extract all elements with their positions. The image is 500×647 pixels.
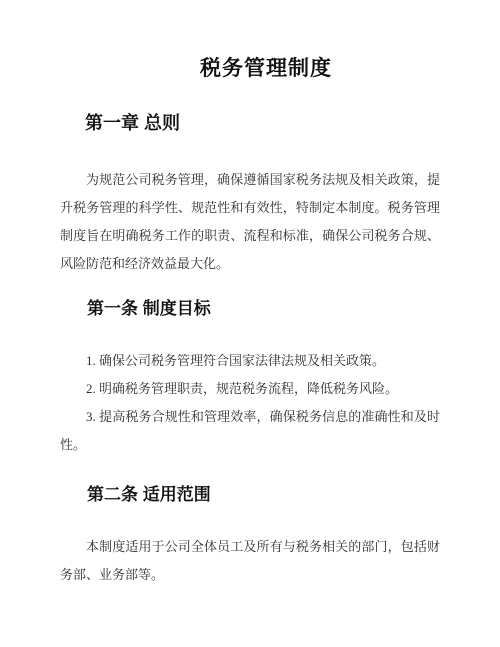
article-2-body-paragraph: 本制度适用于公司全体员工及所有与税务相关的部门，包括财务部、业务部等。 <box>60 533 440 589</box>
chapter-1-heading: 第一章 总则 <box>85 113 440 133</box>
document-title: 税务管理制度 <box>60 57 440 81</box>
document-page: 税务管理制度 第一章 总则 为规范公司税务管理，确保遵循国家税务法规及相关政策，… <box>0 0 500 647</box>
article-1-heading: 第一条 制度目标 <box>87 299 440 319</box>
list-item-1: 1. 确保公司税务管理符合国家法律法规及相关政策。 <box>60 347 440 375</box>
chapter-1-intro-paragraph: 为规范公司税务管理，确保遵循国家税务法规及相关政策，提升税务管理的科学性、规范性… <box>60 166 440 278</box>
article-1-list: 1. 确保公司税务管理符合国家法律法规及相关政策。 2. 明确税务管理职责，规范… <box>60 347 440 459</box>
article-2-heading: 第二条 适用范围 <box>87 485 440 505</box>
list-item-2: 2. 明确税务管理职责，规范税务流程，降低税务风险。 <box>60 375 440 403</box>
list-item-3: 3. 提高税务合规性和管理效率，确保税务信息的准确性和及时性。 <box>60 403 440 459</box>
